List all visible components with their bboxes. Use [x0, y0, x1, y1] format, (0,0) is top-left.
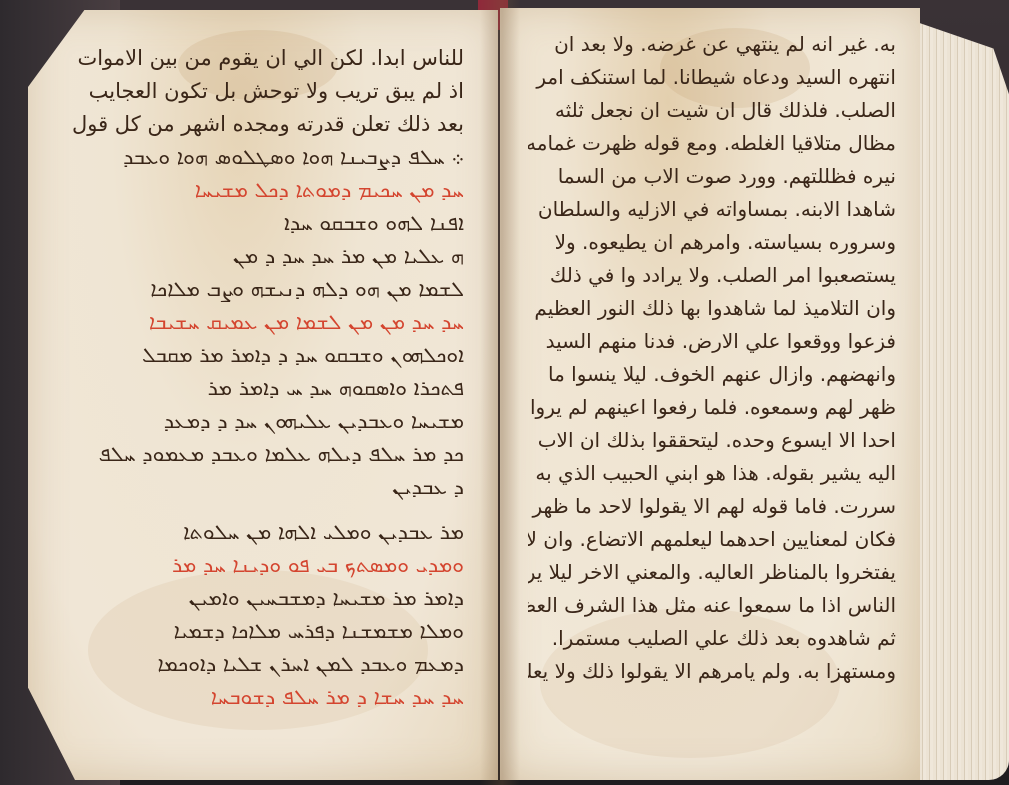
text-line: للناس ابدا. لكن الي ان يقوم من بين الامو…: [60, 42, 464, 75]
text-line: احدا الا ايسوع وحده. ليتحققوا بذلك ان ال…: [528, 424, 896, 457]
text-line: وان التلاميذ لما شاهدوا بها ذلك النور ال…: [528, 292, 896, 325]
text-line: ܡܫܝܚܐ ܘܥܒܕܝܢ ܥܠܝܗܘܢ ܚܕ ܕ ܕܡܥܕ: [60, 405, 464, 438]
text-line: به. غير انه لم ينتهي عن غرضه. ولا بعد ان: [528, 28, 896, 61]
rubric-line: ܘܡܕܝ ܘܡܣܬܟ ܒܝ ܦܘ ܘܕܝܢܐ ܚܕ ܡܪ: [60, 549, 464, 582]
text-line: ܕܐܡܪ ܡܪ ܡܫܝܚܐ ܕܡܫܒܚܝܢ ܘܐܡܝܢ: [60, 582, 464, 615]
text-line: ܡܪ ܥܒܕܝܢ ܘܡܠܝ ܐܠܗܐ ܡܢ ܚܠܘܬܐ: [60, 516, 464, 549]
rubric-line: ܚܕ ܡܢ ܚܟܝܡ ܕܡܘܬܐ ܕܟܠ ܡܫܝܚܐ: [60, 174, 464, 207]
text-line: شاهدا الابنه. بمساواته في الازليه والسلط…: [528, 193, 896, 226]
text-line: ܐܦܢܐ ܠܗܘ ܘܫܒܩܘ ܚܕܐ: [60, 207, 464, 240]
text-line: ܟܕ ܡܪ ܚܠܦ ܕܝܠܗ ܥܠܡܐ ܘܥܒܕ ܡܥܡܘܕ ܚܠܦ: [60, 438, 464, 471]
text-line: اليه يشير بقوله. هذا هو ابني الحبيب الذي…: [528, 457, 896, 490]
text-line: ܕܡܥܡ ܘܥܒܕ ܠܡܢ ܐܚܪܢ ܫܠܝܐ ܕܐܘܟܡܐ: [60, 648, 464, 681]
text-line: ܕ ܥܒܕܝܢ: [60, 471, 464, 504]
text-line: نيره فظللتهم. وورد صوت الاب من السما: [528, 160, 896, 193]
text-line: فكان لمعنايين احدهما ليعلمهم الاتضاع. وا…: [528, 523, 896, 556]
rubric-line: ܚܕ ܚܕ ܡܢ ܡܢ ܠܫܡܐ ܡܢ ܥܡܝܩ ܚܫܝܒܐ: [60, 306, 464, 339]
text-line: انتهره السيد ودعاه شيطانا. لما استنكف ام…: [528, 61, 896, 94]
text-line: ܀ ܚܠܦ ܕܨܒܝܢܐ ܗܘܐ ܘܣܛܠܘܣ ܗܘܐ ܘܥܒܕ: [60, 141, 464, 174]
text-line: ܘܡܠܐ ܡܫܡܫܢܐ ܕܦܪܚ ܡܠܐܟܐ ܕܫܡܝܐ: [60, 615, 464, 648]
text-line: ܦܬܟܪܐ ܘܐܣܩܘܗ ܚܕ ܚ ܕܐܡܪ ܡܪ: [60, 372, 464, 405]
text-line: وسروره بسياسته. وامرهم ان يطيعوه. ولا: [528, 226, 896, 259]
text-line: ܐܘܟܠܗܘܢ ܘܫܒܩܘ ܚܕ ܕ ܕܐܡܪ ܡܪ ܡܩܒܠ: [60, 339, 464, 372]
text-line: مظال متلاقيا الغلطه. ومع قوله ظهرت غمامه: [528, 127, 896, 160]
book-gutter: [480, 0, 520, 785]
text-line: الناس اذا ما سمعوا عنه مثل هذا الشرف الع…: [528, 589, 896, 622]
text-line: بعد ذلك تعلن قدرته ومجده اشهر من كل قول: [60, 108, 464, 141]
left-page-text: للناس ابدا. لكن الي ان يقوم من بين الامو…: [60, 42, 464, 714]
text-line: يستصعبوا امر الصلب. ولا يرادد وا في ذلك: [528, 259, 896, 292]
text-line: ثم شاهدوه بعد ذلك علي الصليب مستمرا.: [528, 622, 896, 655]
text-line: سررت. فاما قوله لهم الا يقولوا لاحد ما ظ…: [528, 490, 896, 523]
text-line: الصلب. فلذلك قال ان شيت ان نجعل ثلثه: [528, 94, 896, 127]
text-line: ظهر لهم وسمعوه. فلما رفعوا اعينهم لم يرو…: [528, 391, 896, 424]
text-line: ܠܫܡܐ ܡܢ ܗܘ ܕܠܗ ܕܢܝܫܗ ܘܨܒ ܡܠܐܟܐ: [60, 273, 464, 306]
text-line: ܗ ܥܠܝܐ ܡܢ ܡܪ ܚܕ ܚܕ ܕ ܡܢ: [60, 240, 464, 273]
text-line: يفتخروا بالمناظر العاليه. والمعني الاخر …: [528, 556, 896, 589]
text-line: وانهضهم. وازال عنهم الخوف. ليلا ينسوا ما: [528, 358, 896, 391]
fore-edge-page-stack: [905, 18, 1009, 780]
rubric-line: ܚܕ ܚܕ ܚܫܐ ܕ ܡܪ ܚܠܦ ܕܫܘܒܚܐ: [60, 681, 464, 714]
text-line: اذ لم يبق تريب ولا توحش بل تكون العجايب: [60, 75, 464, 108]
text-line: ومستهزا به. ولم يامرهم الا يقولوا ذلك ول…: [528, 655, 896, 688]
right-page-text: به. غير انه لم ينتهي عن غرضه. ولا بعد ان…: [528, 28, 896, 688]
text-line: فزعوا ووقعوا علي الارض. فدنا منهم السيد: [528, 325, 896, 358]
